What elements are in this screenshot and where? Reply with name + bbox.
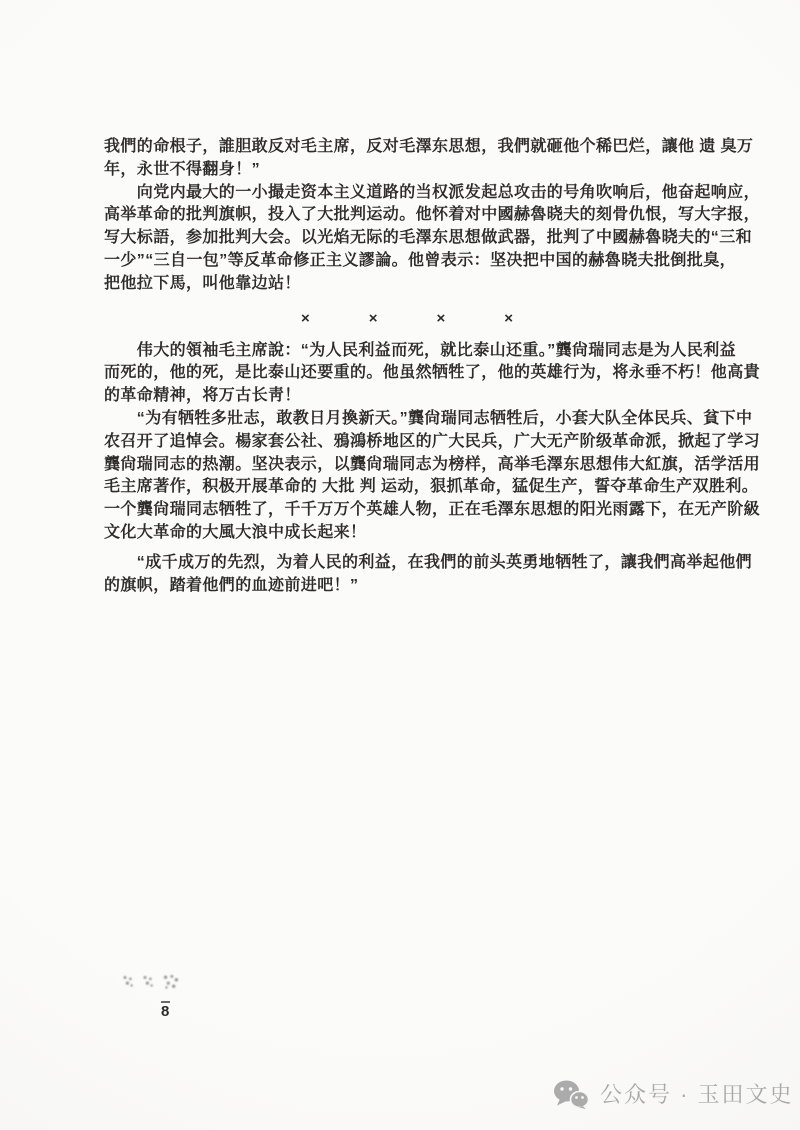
paragraph-mao-quote-taishan: 伟大的領袖毛主席說：“为人民利益而死，就比泰山还重。”龔尙瑞同志是为人民利益 而… bbox=[104, 340, 764, 408]
stamp-mark bbox=[122, 974, 134, 988]
paragraph-memorial: “为有牺牲多壯志，敢教日月換新天。”龔尙瑞同志牺牲后，小套大队全体民兵、貧下中 … bbox=[104, 408, 764, 545]
separator-x-mark: × bbox=[301, 308, 310, 330]
paragraph-criticism-campaign: 向党内最大的一小撮走资本主义道路的当权派发起总攻击的号角吹响后，他奋起响应， 高… bbox=[104, 182, 764, 296]
wechat-icon bbox=[553, 1080, 589, 1109]
separator-x-mark: × bbox=[504, 308, 513, 330]
stamp-mark bbox=[162, 973, 180, 990]
stamp-smudge bbox=[122, 966, 200, 996]
paragraph-continuation: 我們的命根子，誰胆敢反对毛主席，反对毛澤东思想，我們就砸他个稀巴烂，讓他 遗 臭… bbox=[104, 136, 764, 182]
watermark-text: 公众号 · 玉田文史 bbox=[600, 1081, 794, 1109]
paragraph-closing-quote: “成千成万的先烈，为着人民的利益，在我們的前头英勇地牺牲了，讓我們高举起他們 的… bbox=[104, 552, 764, 598]
page-number: 8 bbox=[161, 1003, 169, 1020]
scanned-document-page: 我們的命根子，誰胆敢反对毛主席，反对毛澤东思想，我們就砸他个稀巴烂，讓他 遗 臭… bbox=[0, 0, 800, 1130]
separator-x-mark: × bbox=[437, 308, 446, 330]
stamp-mark bbox=[142, 974, 154, 988]
section-separator: × × × × bbox=[77, 308, 737, 330]
watermark: 公众号 · 玉田文史 bbox=[553, 1080, 794, 1109]
text-block: 我們的命根子，誰胆敢反对毛主席，反对毛澤东思想，我們就砸他个稀巴烂，讓他 遗 臭… bbox=[104, 136, 764, 597]
separator-x-mark: × bbox=[369, 308, 378, 330]
